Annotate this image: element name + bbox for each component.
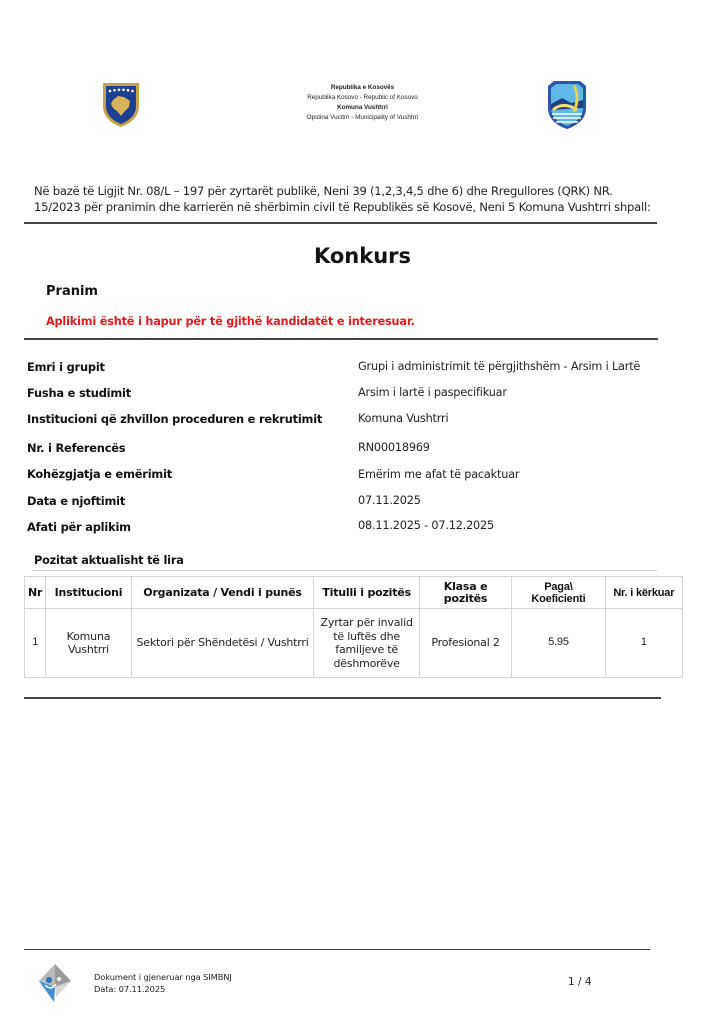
field-label-field-of-study: Fusha e studimit <box>27 386 131 400</box>
cell-required-count: 1 <box>605 609 682 678</box>
eligibility-notice: Aplikimi është i hapur për të gjithë kan… <box>46 315 415 328</box>
cell-position-class: Profesional 2 <box>419 609 511 678</box>
positions-table: Nr Institucioni Organizata / Vendi i pun… <box>24 576 683 678</box>
divider <box>24 338 658 340</box>
column-header-position-class: Klasa e pozitës <box>419 577 511 609</box>
table-row: 1 Komuna Vushtrri Sektori për Shëndetësi… <box>25 609 683 678</box>
field-value-group-name: Grupi i administrimit të përgjithshëm - … <box>358 360 640 373</box>
cell-organization: Sektori për Shëndetësi / Vushtrri <box>131 609 314 678</box>
header-republic-name: Republika e Kosovës <box>240 83 485 93</box>
header-republic-translations: Republika Kosovo - Republic of Kosovo <box>240 93 485 103</box>
field-value-application-deadline: 08.11.2025 - 07.12.2025 <box>358 519 494 532</box>
field-value-appointment-duration: Emërim me afat të pacaktuar <box>358 468 519 481</box>
footer-date: Data: 07.11.2025 <box>94 983 232 995</box>
column-header-nr: Nr <box>25 577 46 609</box>
competition-type: Pranim <box>46 284 98 299</box>
legal-basis-paragraph: Në bazë të Ligjit Nr. 08/L – 197 për zyr… <box>34 183 654 215</box>
simbnj-logo-icon <box>37 963 73 1003</box>
field-label-notice-date: Data e njoftimit <box>27 494 125 508</box>
kosovo-coat-of-arms-icon <box>100 80 142 128</box>
table-header-row: Nr Institucioni Organizata / Vendi i pun… <box>25 577 683 609</box>
column-header-salary-coefficient: Paga\ Koeficienti <box>512 577 605 609</box>
header-municipality-name: Komuna Vushtrri <box>240 103 485 113</box>
footer-divider <box>24 949 650 950</box>
column-header-organization: Organizata / Vendi i punës <box>131 577 314 609</box>
cell-institution: Komuna Vushtrri <box>46 609 131 678</box>
page-number: 1 / 4 <box>568 976 592 988</box>
cell-salary-coefficient: 5.95 <box>512 609 605 678</box>
field-value-recruiting-institution: Komuna Vushtrri <box>358 412 448 425</box>
header-municipality-translations: Opstina Vucitrn - Municipality of Vushtr… <box>240 113 485 123</box>
field-label-application-deadline: Afati për aplikim <box>27 520 131 534</box>
footer-generated-by: Dokument i gjeneruar nga SIMBNJ <box>94 971 232 983</box>
footer-info: Dokument i gjeneruar nga SIMBNJ Data: 07… <box>94 971 232 995</box>
cell-nr: 1 <box>25 609 46 678</box>
field-label-appointment-duration: Kohëzgjatja e emërimit <box>27 467 172 481</box>
field-label-group-name: Emri i grupit <box>27 360 105 374</box>
field-label-reference-number: Nr. i Referencës <box>27 441 125 455</box>
page-title: Konkurs <box>0 244 725 268</box>
column-header-required-count: Nr. i kërkuar <box>605 577 682 609</box>
field-value-reference-number: RN00018969 <box>358 441 430 454</box>
column-header-position-title: Titulli i pozitës <box>314 577 419 609</box>
vushtrri-emblem-icon <box>544 78 590 130</box>
column-header-institution: Institucioni <box>46 577 131 609</box>
field-value-notice-date: 07.11.2025 <box>358 494 421 507</box>
divider <box>32 570 657 571</box>
document-header: Republika e Kosovës Republika Kosovo - R… <box>240 83 485 123</box>
field-value-field-of-study: Arsim i lartë i paspecifikuar <box>358 386 507 399</box>
positions-heading: Pozitat aktualisht të lira <box>34 554 184 567</box>
cell-position-title: Zyrtar për invalid të luftës dhe familje… <box>314 609 419 678</box>
field-label-recruiting-institution: Institucioni që zhvillon proceduren e re… <box>27 412 322 426</box>
divider <box>24 222 657 224</box>
divider <box>24 697 661 699</box>
